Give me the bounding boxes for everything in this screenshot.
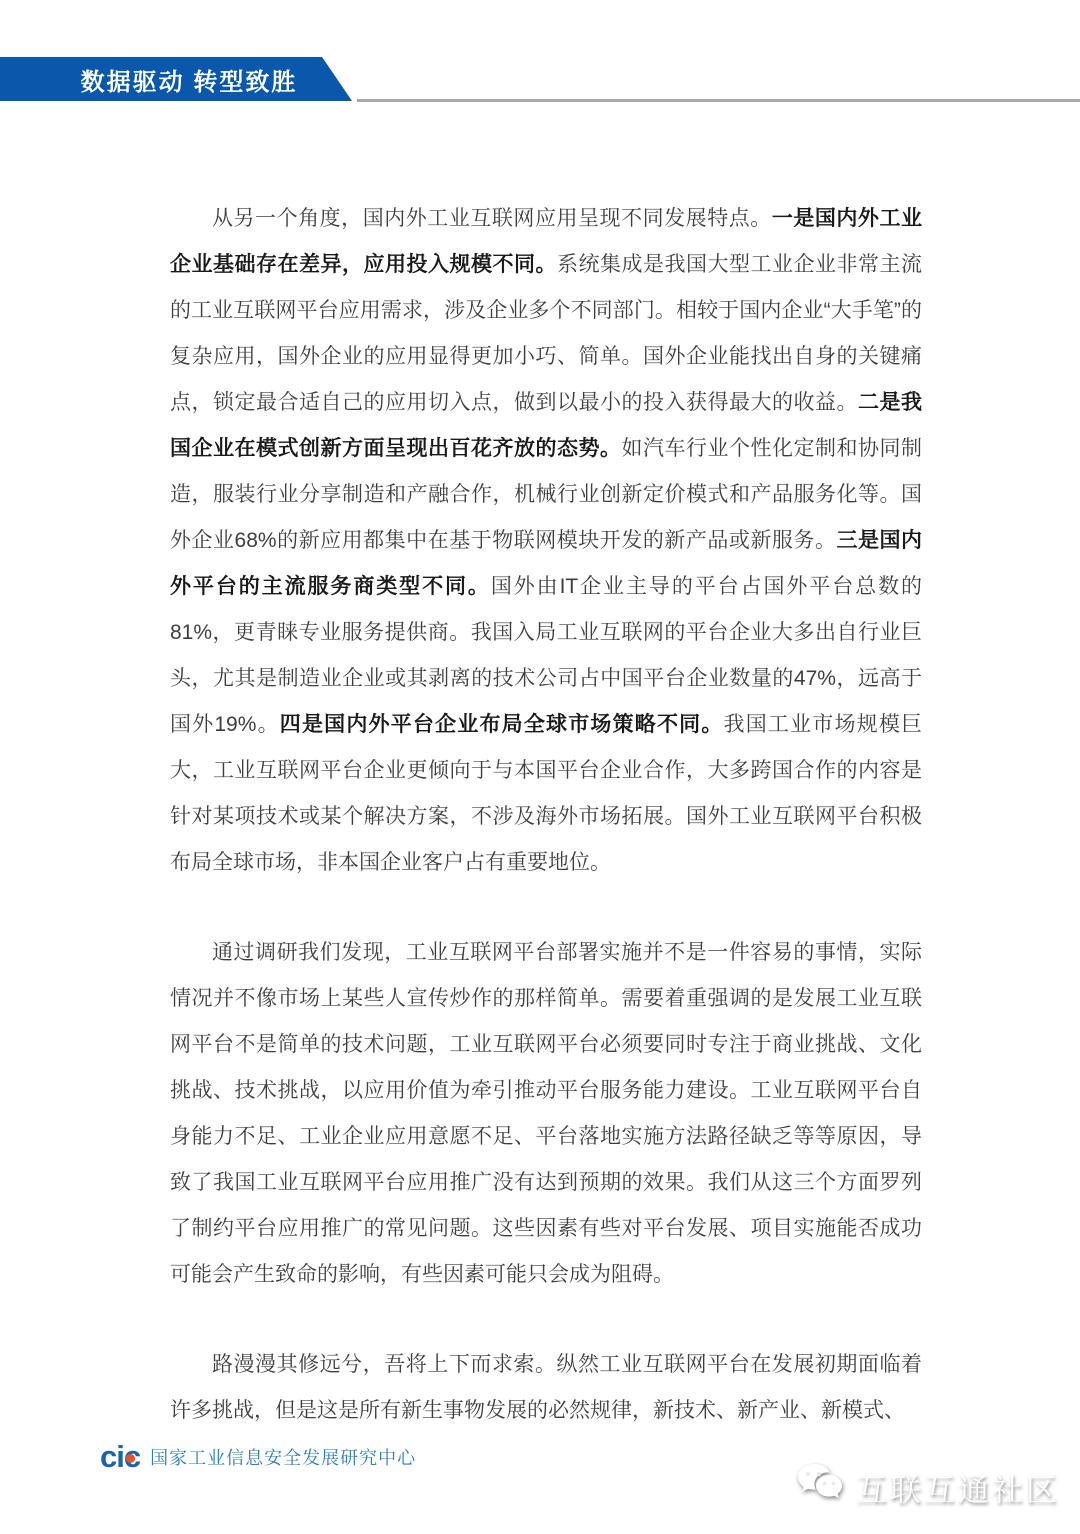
text-segment-bold: 四是国内外平台企业布局全球市场策略不同。 bbox=[280, 713, 724, 736]
paragraph: 从另一个角度，国内外工业互联网应用呈现不同发展特点。一是国内外工业企业基础存在差… bbox=[170, 196, 922, 886]
footer-org-name: 国家工业信息安全发展研究中心 bbox=[150, 1444, 416, 1470]
text-segment: 系统集成是我国大型工业企业非常主流的工业互联网平台应用需求，涉及企业多个不同部门… bbox=[170, 253, 922, 414]
text-segment: 国外由IT企业主导的平台占国外平台总数的81%，更青睐专业服务提供商。我国入局工… bbox=[170, 575, 922, 736]
paragraph: 路漫漫其修远兮，吾将上下而求索。纵然工业互联网平台在发展初期面临着许多挑战，但是… bbox=[170, 1342, 922, 1434]
cic-logo: cic bbox=[100, 1441, 140, 1472]
wechat-icon bbox=[796, 1462, 844, 1512]
document-page: 数据驱动 转型致胜 从另一个角度，国内外工业互联网应用呈现不同发展特点。一是国内… bbox=[0, 0, 1080, 1534]
text-segment: 我国工业市场规模巨大，工业互联网平台企业更倾向于与本国平台企业合作，大多跨国合作… bbox=[170, 713, 922, 874]
header-banner-label: 数据驱动 转型致胜 bbox=[81, 62, 298, 97]
body-text: 从另一个角度，国内外工业互联网应用呈现不同发展特点。一是国内外工业企业基础存在差… bbox=[170, 196, 922, 1478]
header-banner: 数据驱动 转型致胜 bbox=[0, 57, 352, 101]
text-segment: 通过调研我们发现，工业互联网平台部署实施并不是一件容易的事情，实际情况并不像市场… bbox=[170, 941, 922, 1286]
footer: cic 国家工业信息安全发展研究中心 bbox=[100, 1441, 416, 1472]
watermark-label: 互联互通社区 bbox=[856, 1465, 1060, 1510]
watermark: 互联互通社区 bbox=[796, 1462, 1060, 1512]
text-segment: 从另一个角度，国内外工业互联网应用呈现不同发展特点。 bbox=[212, 207, 772, 230]
header-rule bbox=[357, 99, 1080, 102]
paragraph: 通过调研我们发现，工业互联网平台部署实施并不是一件容易的事情，实际情况并不像市场… bbox=[170, 930, 922, 1298]
text-segment: 路漫漫其修远兮，吾将上下而求索。纵然工业互联网平台在发展初期面临着许多挑战，但是… bbox=[170, 1353, 922, 1422]
